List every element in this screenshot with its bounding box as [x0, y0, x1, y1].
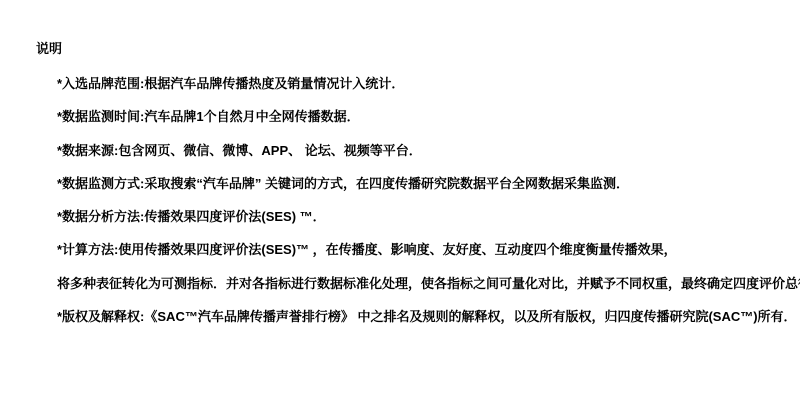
notes-page: 说明 *入选品牌范围:根据汽车品牌传播热度及销量情况计入统计． *数据监测时间:… [0, 0, 800, 394]
note-line-calc-method: *计算方法:使用传播效果四度评价法(SES)™ ，在传播度、影响度、友好度、互动… [57, 233, 790, 266]
note-line-copyright: *版权及解释权:《SAC™汽车品牌传播声誉排行榜》 中之排名及规则的解释权，以及… [57, 300, 790, 333]
note-line-calc-method-cont: 将多种表征转化为可测指标．并对各指标进行数据标准化处理，使各指标之间可量化对比，… [57, 267, 790, 300]
note-line-monitoring-period: *数据监测时间:汽车品牌1个自然月中全网传播数据． [57, 100, 790, 133]
note-line-analysis-method: *数据分析方法:传播效果四度评价法(SES) ™． [57, 200, 790, 233]
note-line-data-sources: *数据来源:包含网页、微信、微博、APP、 论坛、视频等平台． [57, 134, 790, 167]
notes-list: *入选品牌范围:根据汽车品牌传播热度及销量情况计入统计． *数据监测时间:汽车品… [57, 67, 790, 333]
note-line-monitoring-method: *数据监测方式:采取搜索“汽车品牌” 关键词的方式，在四度传播研究院数据平台全网… [57, 167, 790, 200]
page-title: 说明 [36, 42, 62, 56]
note-line-brand-scope: *入选品牌范围:根据汽车品牌传播热度及销量情况计入统计． [57, 67, 790, 100]
